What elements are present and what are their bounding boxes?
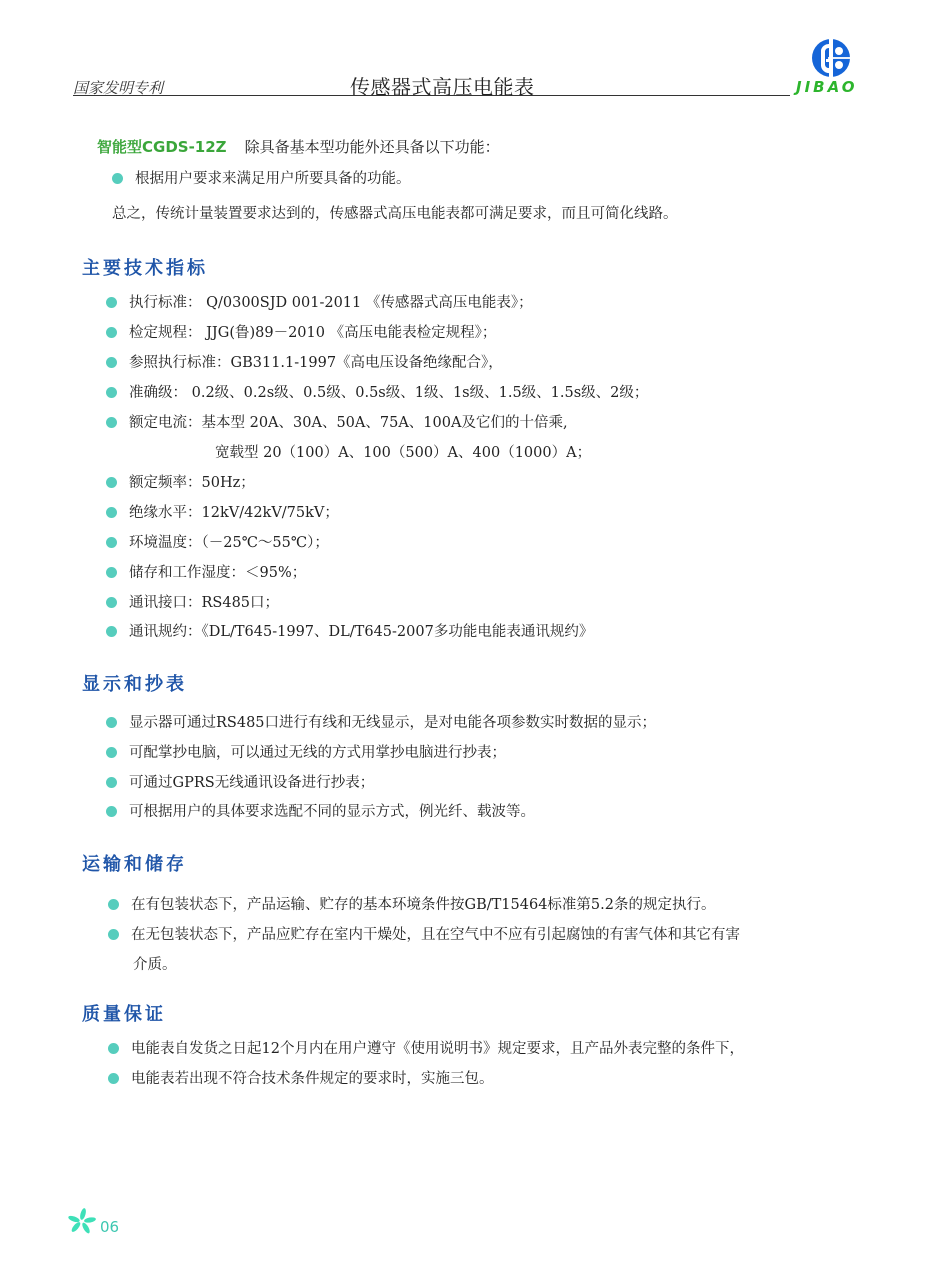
- bullet-dot-icon: [106, 717, 117, 728]
- bullet-text: 执行标准： Q/0300SJD 001-2011 《传感器式高压电能表》；: [129, 295, 533, 311]
- logo-wordmark: JIBAO: [796, 78, 858, 96]
- bullet-dot-icon: [108, 1043, 119, 1054]
- bullet-dot-icon: [106, 537, 117, 548]
- bullet-text: 可配掌抄电脑，可以通过无线的方式用掌抄电脑进行抄表；: [129, 745, 506, 761]
- list-item: 显示器可通过RS485口进行有线和无线显示，是对电能各项参数实时数据的显示；: [106, 713, 656, 733]
- list-item: 执行标准： Q/0300SJD 001-2011 《传感器式高压电能表》；: [106, 293, 533, 313]
- bullet-dot-icon: [106, 567, 117, 578]
- bullet-text: 绝缘水平：12kV/42kV/75kV；: [129, 505, 339, 521]
- bullet-text: 电能表若出现不符合技术条件规定的要求时，实施三包。: [131, 1071, 494, 1087]
- section-title-warranty: 质量保证: [82, 1000, 166, 1026]
- bullet-dot-icon: [106, 747, 117, 758]
- list-item: 参照执行标准：GB311.1-1997《高电压设备绝缘配合》，: [106, 353, 503, 373]
- bullet-text: 额定频率：50Hz；: [129, 475, 255, 491]
- list-item-continuation: 介质。: [133, 955, 177, 975]
- page-number: 06: [100, 1218, 119, 1236]
- list-item: 可根据用户的具体要求选配不同的显示方式，例光纤、载波等。: [106, 802, 535, 822]
- list-item: 绝缘水平：12kV/42kV/75kV；: [106, 503, 339, 523]
- model-label: 智能型CGDS-12Z: [97, 138, 227, 156]
- bullet-text: 参照执行标准：GB311.1-1997《高电压设备绝缘配合》，: [129, 355, 503, 371]
- bullet-text: 根据用户要求来满足用户所要具备的功能。: [135, 171, 411, 187]
- bullet-text: 通讯规约：《DL/T645-1997、DL/T645-2007多功能电能表通讯规…: [129, 624, 593, 640]
- bullet-dot-icon: [106, 477, 117, 488]
- section-title-display: 显示和抄表: [82, 670, 187, 696]
- bullet-text: 通讯接口：RS485口；: [129, 595, 279, 611]
- header-divider: [73, 95, 790, 96]
- list-item: 储存和工作湿度：＜95%；: [106, 563, 306, 583]
- bullet-dot-icon: [106, 327, 117, 338]
- list-item: 通讯接口：RS485口；: [106, 593, 279, 613]
- intro-bullet: 根据用户要求来满足用户所要具备的功能。: [112, 169, 411, 189]
- list-item: 可通过GPRS无线通讯设备进行抄表；: [106, 773, 374, 793]
- bullet-dot-icon: [108, 899, 119, 910]
- bullet-text: 在有包装状态下，产品运输、贮存的基本环境条件按GB/T15464标准第5.2条的…: [131, 897, 715, 913]
- list-item-continuation: 宽载型 20（100）A、100（500）A、400（1000）A；: [215, 443, 591, 463]
- bullet-text: 额定电流：基本型 20A、30A、50A、75A、100A及它们的十倍乘,: [129, 415, 568, 431]
- bullet-dot-icon: [106, 387, 117, 398]
- list-item: 检定规程： JJG(鲁)89－2010 《高压电能表检定规程》；: [106, 323, 496, 343]
- list-item: 可配掌抄电脑，可以通过无线的方式用掌抄电脑进行抄表；: [106, 743, 506, 763]
- section-title-transport: 运输和储存: [82, 850, 187, 876]
- bullet-dot-icon: [106, 597, 117, 608]
- bullet-text: 储存和工作湿度：＜95%；: [129, 565, 306, 581]
- intro-line: 智能型CGDS-12Z除具备基本型功能外还具备以下功能：: [97, 136, 500, 157]
- list-item: 电能表自发货之日起12个月内在用户遵守《使用说明书》规定要求，且产品外表完整的条…: [108, 1039, 744, 1059]
- bullet-dot-icon: [112, 173, 123, 184]
- bullet-text: 电能表自发货之日起12个月内在用户遵守《使用说明书》规定要求，且产品外表完整的条…: [131, 1041, 744, 1057]
- bullet-text: 环境温度：（－25℃～55℃）；: [129, 535, 329, 551]
- list-item: 在无包装状态下，产品应贮存在室内干燥处，且在空气中不应有引起腐蚀的有害气体和其它…: [108, 925, 740, 945]
- bullet-dot-icon: [106, 507, 117, 518]
- bullet-dot-icon: [106, 297, 117, 308]
- bullet-dot-icon: [108, 929, 119, 940]
- list-item: 电能表若出现不符合技术条件规定的要求时，实施三包。: [108, 1069, 494, 1089]
- bullet-dot-icon: [106, 777, 117, 788]
- bullet-text: 在无包装状态下，产品应贮存在室内干燥处，且在空气中不应有引起腐蚀的有害气体和其它…: [131, 927, 740, 943]
- bullet-text: 显示器可通过RS485口进行有线和无线显示，是对电能各项参数实时数据的显示；: [129, 715, 656, 731]
- bullet-text: 检定规程： JJG(鲁)89－2010 《高压电能表检定规程》；: [129, 325, 496, 341]
- list-item: 通讯规约：《DL/T645-1997、DL/T645-2007多功能电能表通讯规…: [106, 622, 593, 642]
- bullet-dot-icon: [106, 357, 117, 368]
- bullet-text: 准确级： 0.2级、0.2s级、0.5级、0.5s级、1级、1s级、1.5级、1…: [129, 385, 648, 401]
- intro-summary: 总之，传统计量装置要求达到的，传感器式高压电能表都可满足要求，而且可简化线路。: [112, 204, 678, 224]
- model-description: 除具备基本型功能外还具备以下功能：: [245, 138, 500, 156]
- bullet-dot-icon: [106, 417, 117, 428]
- bullet-dot-icon: [106, 626, 117, 637]
- list-item: 额定电流：基本型 20A、30A、50A、75A、100A及它们的十倍乘,: [106, 413, 568, 433]
- leaf-star-icon: [68, 1208, 96, 1234]
- list-item: 准确级： 0.2级、0.2s级、0.5级、0.5s级、1级、1s级、1.5级、1…: [106, 383, 648, 403]
- bullet-text: 可通过GPRS无线通讯设备进行抄表；: [129, 775, 374, 791]
- bullet-dot-icon: [108, 1073, 119, 1084]
- list-item: 在有包装状态下，产品运输、贮存的基本环境条件按GB/T15464标准第5.2条的…: [108, 895, 715, 915]
- list-item: 环境温度：（－25℃～55℃）；: [106, 533, 329, 553]
- list-item: 额定频率：50Hz；: [106, 473, 255, 493]
- bullet-dot-icon: [106, 806, 117, 817]
- section-title-specs: 主要技术指标: [82, 254, 208, 280]
- bullet-text: 可根据用户的具体要求选配不同的显示方式，例光纤、载波等。: [129, 804, 535, 820]
